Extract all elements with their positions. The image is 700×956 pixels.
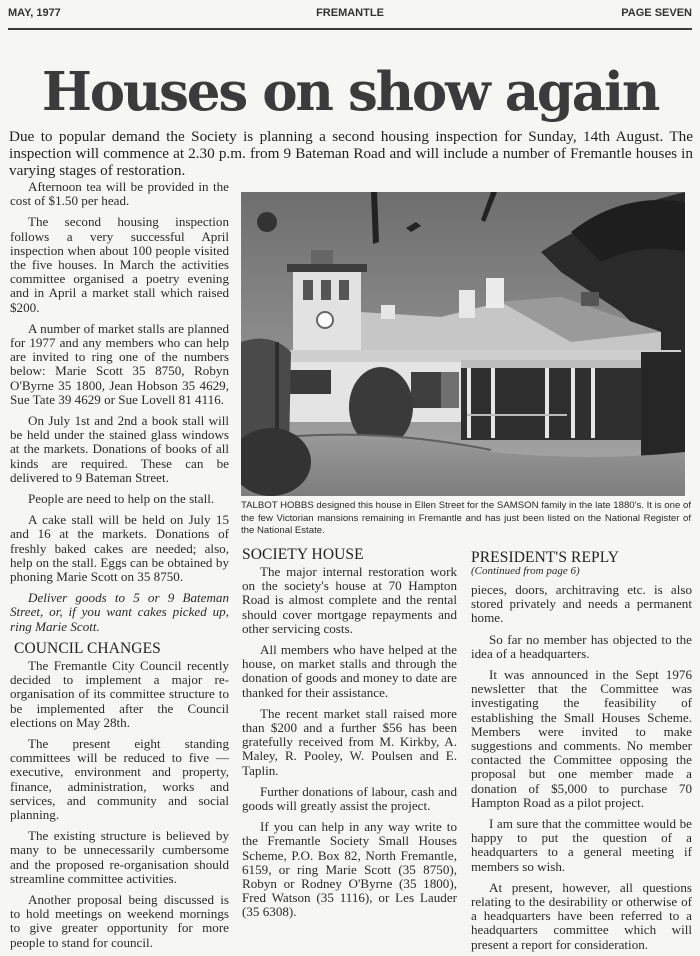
article-headline: Houses on show again: [0, 62, 700, 122]
delivery-note: Deliver goods to 5 or 9 Bateman Street, …: [10, 591, 229, 634]
masthead: MAY, 1977 FREMANTLE PAGE SEVEN: [8, 7, 692, 23]
paragraph: The present eight standing committees wi…: [10, 737, 229, 822]
paragraph: If you can help in any way write to the …: [242, 820, 457, 919]
page-number: PAGE SEVEN: [621, 7, 692, 19]
column-presidents-reply: PRESIDENT'S REPLY (Continued from page 6…: [471, 548, 692, 956]
publication-name: FREMANTLE: [8, 7, 692, 19]
paragraph: All members who have helped at the house…: [242, 643, 457, 700]
paragraph: It was announced in the Sept 1976 newsle…: [471, 668, 692, 810]
victorian-mansion-photo: [241, 192, 685, 496]
paragraph: The existing structure is believed by ma…: [10, 829, 229, 886]
column-left: Afternoon tea will be provided in the co…: [10, 180, 229, 956]
article-standfirst: Due to popular demand the Society is pla…: [9, 128, 693, 179]
paragraph: I am sure that the committee would be ha…: [471, 817, 692, 874]
section-heading-society-house: SOCIETY HOUSE: [242, 547, 457, 563]
paragraph: The Fremantle City Council recently deci…: [10, 659, 229, 730]
section-heading-council-changes: COUNCIL CHANGES: [14, 641, 229, 657]
column-society-house: SOCIETY HOUSE The major internal restora…: [242, 545, 457, 927]
paragraph: People are need to help on the stall.: [10, 492, 229, 506]
paragraph: The major internal restoration work on t…: [242, 565, 457, 636]
photo-caption: TALBOT HOBBS designed this house in Elle…: [241, 500, 691, 538]
masthead-rule: [8, 28, 692, 30]
paragraph: At present, however, all questions relat…: [471, 881, 692, 952]
paragraph: The recent market stall raised more than…: [242, 707, 457, 778]
paragraph: On July 1st and 2nd a book stall will be…: [10, 414, 229, 485]
paragraph: So far no member has objected to the ide…: [471, 633, 692, 661]
paragraph: A number of market stalls are planned fo…: [10, 322, 229, 407]
paragraph: Another proposal being discussed is to h…: [10, 893, 229, 950]
paragraph: Further donations of labour, cash and go…: [242, 785, 457, 813]
continued-note: (Continued from page 6): [471, 566, 692, 577]
section-heading-presidents-reply: PRESIDENT'S REPLY: [471, 550, 692, 566]
paragraph: pieces, doors, architraving etc. is also…: [471, 583, 692, 626]
paragraph: The second housing inspection follows a …: [10, 215, 229, 314]
paragraph: A cake stall will be held on July 15 and…: [10, 513, 229, 584]
paragraph: Afternoon tea will be provided in the co…: [10, 180, 229, 208]
